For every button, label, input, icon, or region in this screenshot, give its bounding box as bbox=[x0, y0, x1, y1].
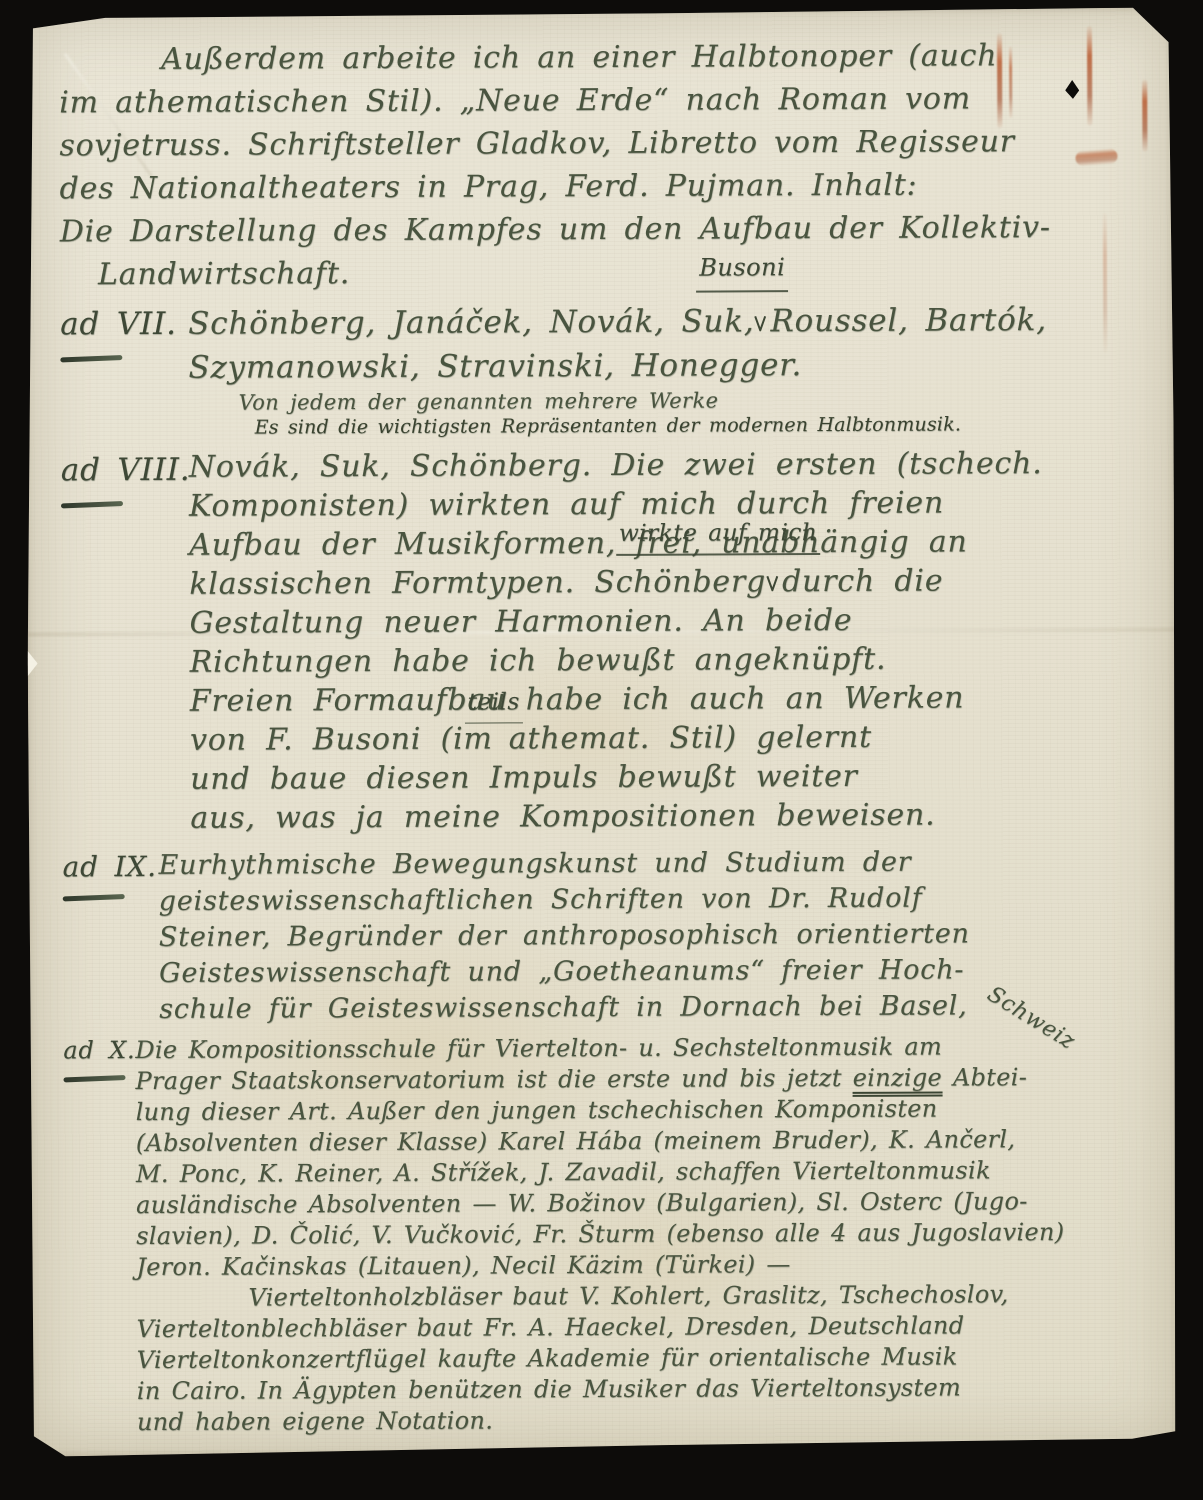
insertion-caret-icon bbox=[754, 315, 766, 331]
handwritten-line: Vierteltonblechbläser baut Fr. A. Haecke… bbox=[137, 1310, 1148, 1345]
handwritten-line: Schönberg, Janáček, Novák, Suk,BusoniRou… bbox=[188, 298, 1143, 346]
handwritten-line: in Cairo. In Ägypten benützen die Musike… bbox=[137, 1372, 1148, 1407]
handwritten-line: Vierteltonkonzertflügel kaufte Akademie … bbox=[137, 1341, 1148, 1376]
underlined-word-einzige: einzige bbox=[853, 1064, 942, 1097]
intro-line: Außerdem arbeite ich an einer Halbtonope… bbox=[59, 34, 1142, 82]
handwritten-line: schule für Geisteswissenschaft in Dornac… bbox=[159, 988, 1146, 1029]
handwritten-line: Eurhythmische Bewegungskunst und Studium… bbox=[159, 844, 1146, 884]
handwritten-text-block: Außerdem arbeite ich an einer Halbtonope… bbox=[25, 8, 1178, 1439]
handwritten-line: aus, was ja meine Kompositionen beweisen… bbox=[190, 795, 1145, 838]
handwritten-line: und haben eigene Notation. bbox=[137, 1403, 1148, 1438]
handwritten-line: Vierteltonholzbläser baut V. Kohlert, Gr… bbox=[136, 1279, 1147, 1314]
interlinear-insertion-wirkte-auf-mich: wirkte auf mich bbox=[616, 513, 821, 556]
section-ad-ix: ad IX. Eurhythmische Bewegungskunst und … bbox=[63, 844, 1147, 1030]
label-underline-stroke bbox=[63, 894, 125, 901]
intro-line: im athematischen Stil). „Neue Erde“ nach… bbox=[59, 77, 1142, 125]
handwritten-line: von F. Busoni (imteilsathemat. Stil) gel… bbox=[190, 717, 1145, 760]
handwritten-line: Freien Formaufbau habe ich auch an Werke… bbox=[190, 678, 1145, 721]
handwritten-line: Jeron. Kačinskas (Litauen), Necil Käzim … bbox=[136, 1248, 1147, 1283]
handwritten-line: M. Ponc, K. Reiner, A. Střížek, J. Zavad… bbox=[136, 1155, 1147, 1190]
section-ad-vii: ad VII. Schönberg, Janáček, Novák, Suk,B… bbox=[60, 298, 1144, 441]
interlinear-insertion-busoni: Busoni bbox=[696, 245, 788, 292]
handwritten-line: klassischen Formtypen. Schönbergwirkte a… bbox=[189, 561, 1144, 604]
label-underline-stroke bbox=[61, 501, 123, 508]
handwritten-line: Novák, Suk, Schönberg. Die zwei ersten (… bbox=[189, 444, 1144, 487]
section-label-text: ad X. bbox=[63, 1036, 135, 1064]
manuscript-page: Außerdem arbeite ich an einer Halbtonope… bbox=[25, 8, 1178, 1457]
label-underline-stroke bbox=[60, 355, 122, 362]
section-ad-viii: ad VIII. Novák, Suk, Schönberg. Die zwei… bbox=[61, 444, 1146, 839]
handwritten-line: lung dieser Art. Außer den jungen tschec… bbox=[136, 1093, 1147, 1128]
intro-line: Landwirtschaft. bbox=[60, 249, 1143, 297]
handwritten-line: Szymanowski, Stravinski, Honegger. bbox=[188, 342, 1143, 390]
section-label-ad-x: ad X. bbox=[63, 1035, 135, 1081]
handwritten-line: Steiner, Begründer der anthroposophisch … bbox=[159, 916, 1146, 956]
intro-line: sovjetruss. Schriftsteller Gladkov, Libr… bbox=[59, 120, 1142, 168]
intro-line: Die Darstellung des Kampfes um den Aufba… bbox=[60, 206, 1143, 254]
handwritten-line: geisteswissenschaftlichen Schriften von … bbox=[159, 880, 1146, 920]
handwritten-line: slavien), D. Čolić, V. Vučković, Fr. Štu… bbox=[136, 1217, 1147, 1252]
section-label-text: ad VIII. bbox=[61, 452, 191, 489]
handwritten-line: Richtungen habe ich bewußt angeknüpft. bbox=[190, 639, 1145, 682]
section-ad-x: ad X. Die Kompositionsschule für Viertel… bbox=[63, 1031, 1148, 1439]
handwritten-line: Gestaltung neuer Harmonien. An beide bbox=[189, 600, 1144, 643]
label-underline-stroke bbox=[63, 1075, 125, 1082]
handwritten-line: Die Kompositionsschule für Viertelton- u… bbox=[135, 1031, 1146, 1066]
scan-background: Außerdem arbeite ich an einer Halbtonope… bbox=[0, 0, 1203, 1500]
interlinear-insertion-teils: teils bbox=[465, 683, 523, 724]
intro-line: des Nationaltheaters in Prag, Ferd. Pujm… bbox=[60, 163, 1143, 211]
section-label-ad-ix: ad IX. bbox=[63, 848, 159, 900]
handwritten-line: und baue diesen Impuls bewußt weiter bbox=[190, 756, 1145, 799]
handwritten-line: Prager Staatskonservatorium ist die erst… bbox=[135, 1062, 1146, 1097]
section-label-text: ad VII. bbox=[60, 306, 177, 343]
section-label-ad-vii: ad VII. bbox=[60, 302, 188, 362]
handwritten-line: (Absolventen dieser Klasse) Karel Hába (… bbox=[136, 1124, 1147, 1159]
insertion-caret-icon bbox=[766, 575, 778, 591]
section-label-text: ad IX. bbox=[63, 850, 157, 883]
interlinear-note: Es sind die wichtigsten Repräsentanten d… bbox=[189, 412, 1144, 440]
section-label-ad-viii: ad VIII. bbox=[61, 448, 189, 508]
handwritten-line: ausländische Absolventen — W. Božinov (B… bbox=[136, 1186, 1147, 1221]
